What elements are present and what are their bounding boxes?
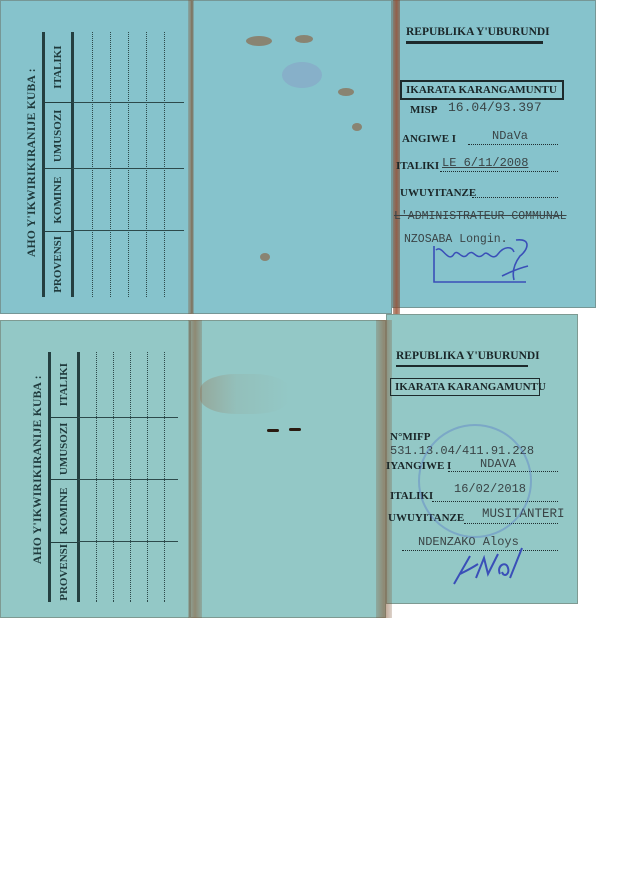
stain: [352, 123, 362, 131]
republic-header: REPUBLIKA Y'UBURUNDI: [406, 26, 550, 38]
issued-to-value: NDaVa: [492, 129, 528, 143]
stain: [295, 35, 313, 43]
issued-to-label: ANGIWE I: [402, 133, 456, 145]
card-1-residence-table: AHO Y'IKWIRIKIRANIJE KUBA : PROVENSI KOM…: [0, 0, 190, 314]
column-divider: [78, 417, 178, 418]
staple-mark: [289, 428, 301, 431]
stain: [260, 253, 270, 261]
stain: [338, 88, 354, 96]
column-divider: [78, 541, 178, 542]
column-italiki: ITALIKI: [51, 352, 77, 417]
issued-to-line: [468, 144, 558, 145]
date-line: [440, 171, 558, 172]
column-umusozi: UMUSOZI: [51, 417, 77, 479]
card-1-fold-crease-2: [393, 0, 400, 314]
residence-title: AHO Y'IKWIRIKIRANIJE KUBA :: [26, 68, 38, 257]
blank-row: [128, 32, 129, 297]
blank-row: [110, 32, 111, 297]
column-italiki: ITALIKI: [45, 32, 71, 102]
issuer-line: [472, 197, 558, 198]
number-value: 16.04/93.397: [448, 100, 542, 115]
residence-table-header: PROVENSI KOMINE UMUSOZI ITALIKI: [48, 352, 80, 602]
column-divider: [78, 479, 178, 480]
residence-title: AHO Y'IKWIRIKIRANIJE KUBA :: [32, 375, 44, 564]
column-provensi: PROVENSI: [51, 542, 77, 602]
id-card-1: AHO Y'IKWIRIKIRANIJE KUBA : PROVENSI KOM…: [0, 0, 596, 314]
blank-row: [147, 352, 148, 602]
id-card-2: AHO Y'IKWIRIKIRANIJE KUBA : PROVENSI KOM…: [0, 314, 580, 618]
stain: [200, 374, 290, 414]
signature: [428, 236, 538, 288]
blank-row: [164, 352, 165, 602]
blank-row: [113, 352, 114, 602]
card-1-inner-panel: [192, 0, 392, 314]
ink-smudge: [282, 62, 322, 88]
issuer-label: UWUYITANZE: [400, 187, 476, 199]
number-label: MISP: [410, 104, 438, 116]
column-komine: KOMINE: [45, 168, 71, 230]
signature: [450, 544, 530, 588]
issuer-title: L'ADMINISTRATEUR COMMUNAL: [394, 210, 567, 223]
card-2-front-content: REPUBLIKA Y'UBURUNDI IKARATA KARANGAMUNT…: [392, 314, 578, 618]
blank-row: [96, 352, 97, 602]
staple-mark: [267, 429, 279, 432]
date-value: LE 6/11/2008: [442, 156, 528, 170]
blank-row: [92, 32, 93, 297]
card-2-residence-table: AHO Y'IKWIRIKIRANIJE KUBA : PROVENSI KOM…: [0, 314, 190, 618]
column-umusozi: UMUSOZI: [45, 102, 71, 168]
card-2-inner-panel: [190, 320, 386, 618]
blank-row: [164, 32, 165, 297]
column-komine: KOMINE: [51, 479, 77, 541]
date-label: ITALIKI: [396, 160, 439, 172]
header-underline: [406, 41, 543, 44]
stain: [246, 36, 272, 46]
number-label: N°MIFP: [390, 431, 430, 443]
card-1-front-content: REPUBLIKA Y'UBURUNDI IKARATA KARANGAMUNT…: [400, 0, 596, 314]
blank-row: [130, 352, 131, 602]
residence-table-header: PROVENSI KOMINE UMUSOZI ITALIKI: [42, 32, 74, 297]
blank-row: [146, 32, 147, 297]
card-2-fold-crease: [188, 320, 202, 618]
official-stamp: [418, 424, 532, 538]
republic-header: REPUBLIKA Y'UBURUNDI: [396, 350, 540, 362]
column-provensi: PROVENSI: [45, 231, 71, 297]
header-underline: [396, 365, 528, 367]
card-title-box: IKARATA KARANGAMUNTU: [400, 80, 564, 100]
card-title-box: IKARATA KARANGAMUNTU: [390, 378, 540, 396]
